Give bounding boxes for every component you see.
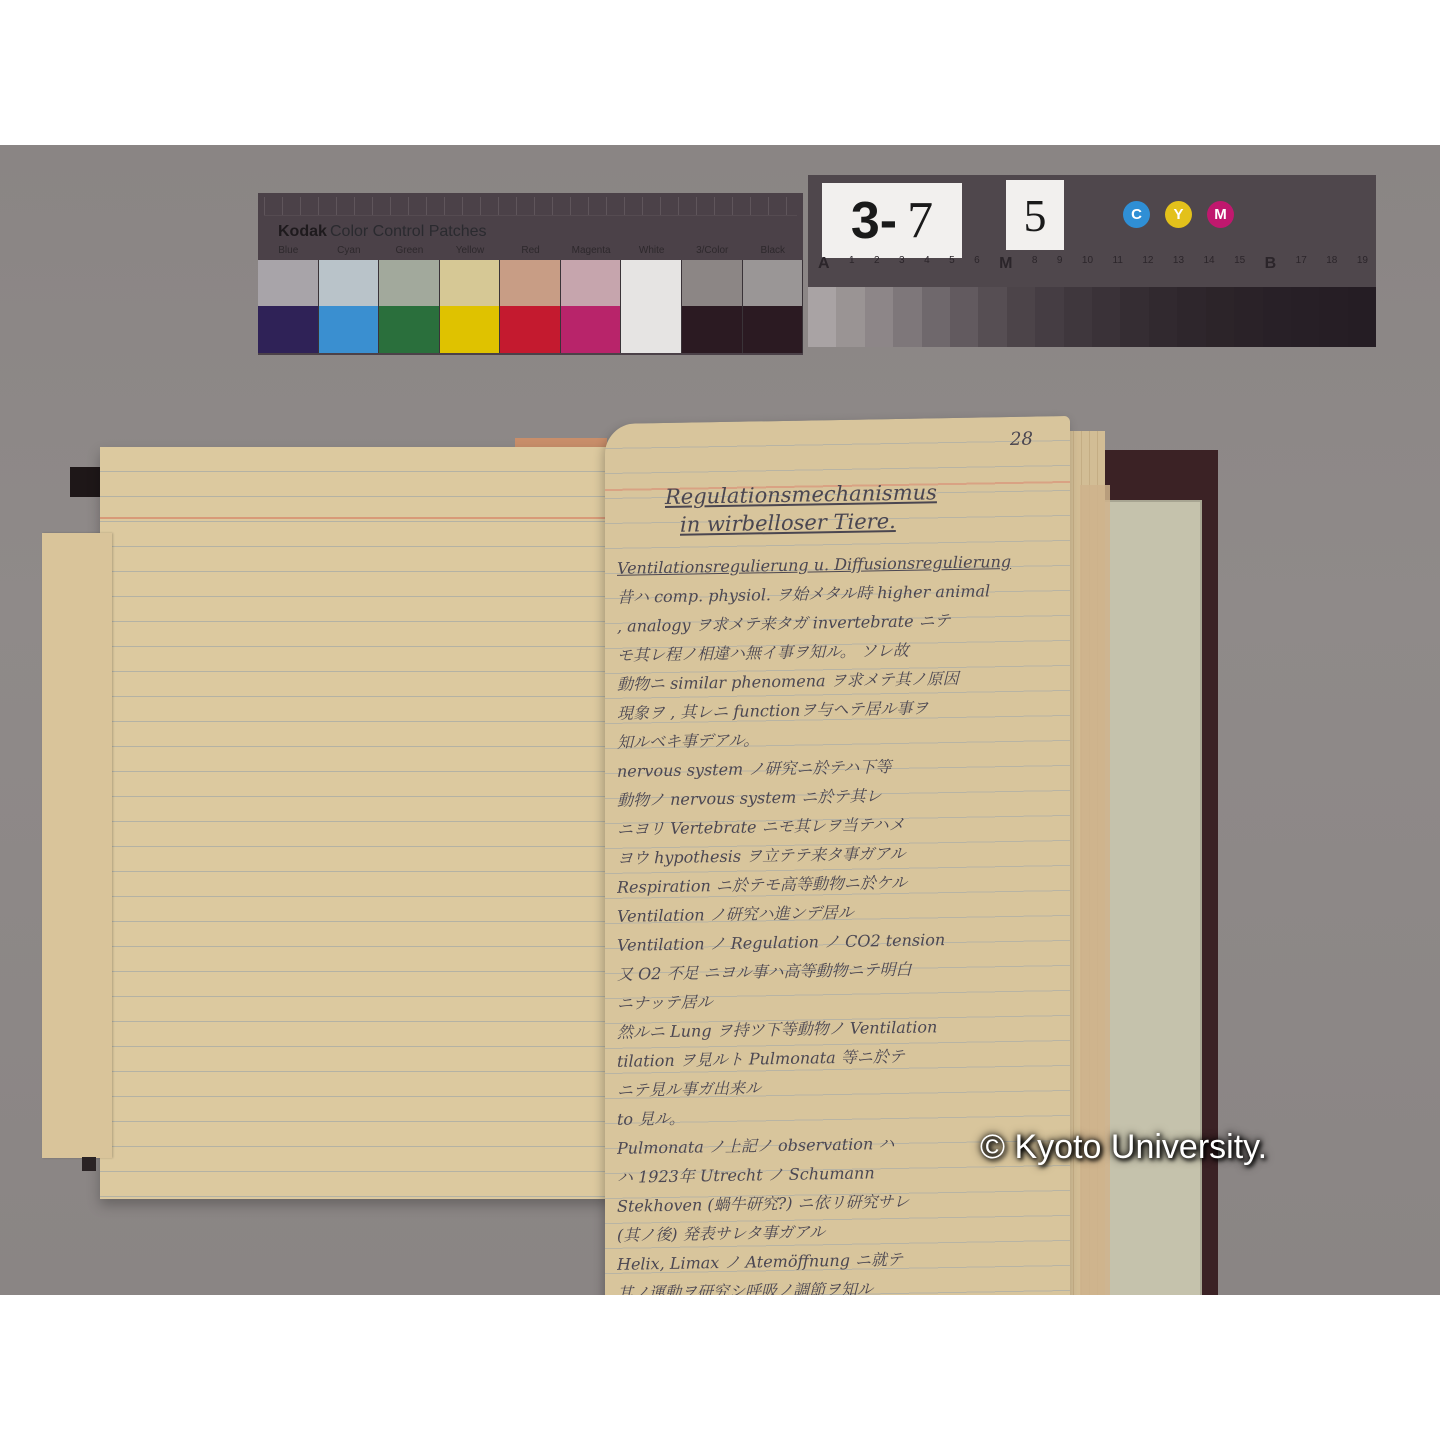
color-patch [682,306,743,353]
gray-step [836,287,864,347]
cym-dots: C Y M [1123,201,1234,228]
scale-label: A [818,255,830,273]
gray-step [808,287,836,347]
color-patch [379,260,440,306]
patch-name: Cyan [319,245,380,259]
gray-step [1120,287,1148,347]
patch-name: Blue [258,245,319,259]
patch-name: Red [500,245,561,259]
color-patch [258,260,319,306]
catalog-label-part1: 3- [851,191,897,251]
color-patch [379,306,440,353]
gray-step [978,287,1006,347]
notebook-left-flap [42,533,112,1158]
notebook-left-page [100,447,612,1199]
patch-name: Yellow [440,245,501,259]
scale-label: 5 [949,255,955,273]
gray-step [865,287,893,347]
ruler-ticks [264,197,797,216]
gray-scale-labels: A123456M89101112131415B171819 [818,255,1368,273]
catalog-label-card: 3- 7 [822,183,962,258]
scale-label: 8 [1032,255,1038,273]
color-patch [561,260,622,306]
gray-step [1291,287,1319,347]
color-patch [319,306,380,353]
scale-label: 10 [1082,255,1093,273]
gray-step [1177,287,1205,347]
kodak-color-control-strip: Kodak Color Control Patches Blue Cyan Gr… [258,193,803,355]
scale-label: 4 [924,255,930,273]
kodak-gray-scale-strip: 3- 7 5 C Y M A123456M89101112131415B1718… [808,175,1376,347]
gray-step [1263,287,1291,347]
heading-line-1: Regulationsmechanismus [665,480,937,509]
color-patch [621,260,682,306]
gray-step [1234,287,1262,347]
scale-label: 18 [1326,255,1337,273]
patch-name: Magenta [561,245,622,259]
scale-label: 15 [1234,255,1245,273]
scale-label: 17 [1296,255,1307,273]
color-patch [561,306,622,353]
yellow-dot-icon: Y [1165,201,1192,228]
scale-label: 12 [1142,255,1153,273]
gray-step [1064,287,1092,347]
catalog-label-part3: 5 [1024,189,1047,242]
scale-label: 2 [874,255,880,273]
color-patch [682,260,743,306]
gray-step [922,287,950,347]
scale-label: 1 [849,255,855,273]
archival-photo: Kodak Color Control Patches Blue Cyan Gr… [0,145,1440,1295]
patch-name-row: Blue Cyan Green Yellow Red Magenta White… [258,245,803,259]
book-corner [82,1157,96,1171]
gray-scale-wedge [808,287,1376,347]
kodak-brand: Kodak [278,223,327,241]
scale-label: 9 [1057,255,1063,273]
gray-step [1035,287,1063,347]
patch-name: Black [743,245,804,259]
kodak-title: Color Control Patches [330,223,487,241]
scale-label: 13 [1173,255,1184,273]
color-patch [743,260,804,306]
scale-label: M [999,255,1012,273]
patch-name: Green [379,245,440,259]
patch-name: White [621,245,682,259]
handwritten-lines: Ventilationsregulierung u. Diffusionsreg… [617,546,1057,1295]
patch-name: 3/Color [682,245,743,259]
gray-step [1007,287,1035,347]
color-patch [440,306,501,353]
scale-label: 6 [974,255,980,273]
heading-line-2: in wirbelloser Tiere. [680,509,896,537]
color-patch [500,306,561,353]
color-patch [319,260,380,306]
magenta-dot-icon: M [1207,201,1234,228]
color-patch [258,306,319,353]
paper-band [1080,485,1110,1295]
patch-row-saturated [258,306,803,353]
page-number: 28 [1010,429,1033,450]
patch-row-light [258,260,803,306]
catalog-label-part2: 7 [907,191,933,250]
scale-label: 14 [1204,255,1215,273]
scale-label: 19 [1357,255,1368,273]
scale-label: 3 [899,255,905,273]
copyright-watermark: © Kyoto University. [980,1128,1267,1167]
gray-step [1092,287,1120,347]
color-patch [743,306,804,353]
gray-step [1206,287,1234,347]
gray-step [893,287,921,347]
gray-step [1348,287,1376,347]
gray-step [950,287,978,347]
scale-label: B [1265,255,1277,273]
color-patch [621,306,682,353]
color-patch [440,260,501,306]
color-patch [500,260,561,306]
gray-step [1149,287,1177,347]
cyan-dot-icon: C [1123,201,1150,228]
catalog-label-card-2: 5 [1006,180,1064,250]
scale-label: 11 [1113,255,1123,273]
gray-step [1319,287,1347,347]
